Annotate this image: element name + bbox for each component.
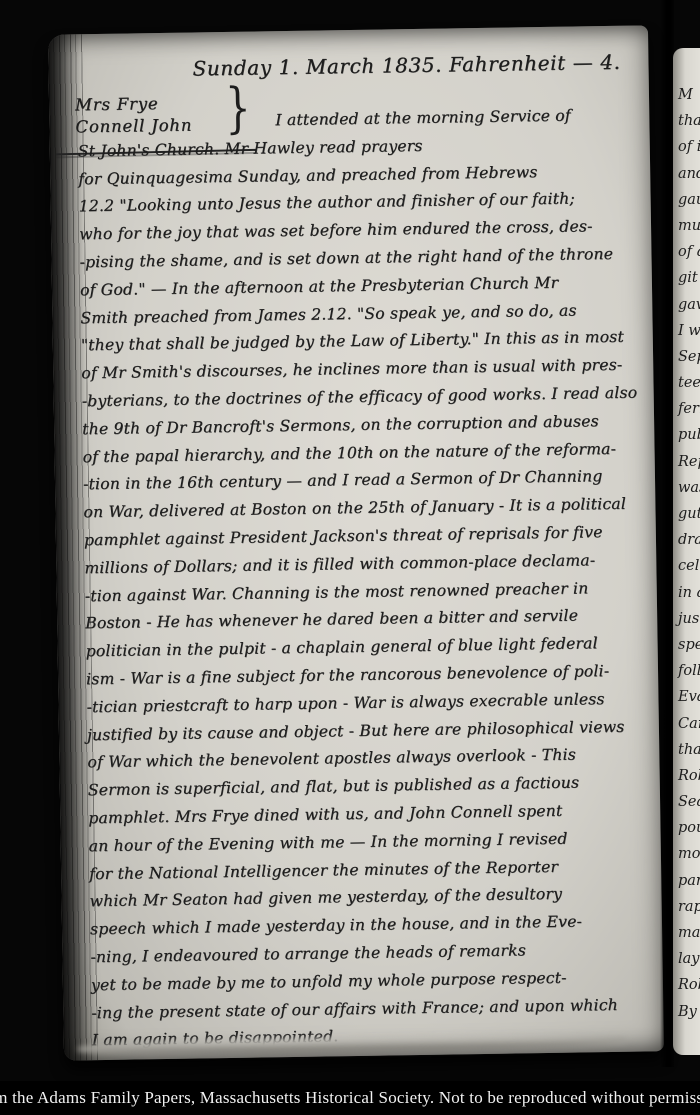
adjacent-page-fragment: Rep [678,449,700,475]
adjacent-page-fragment: ma [678,920,700,946]
adjacent-page-fragment: ferm [678,396,700,422]
scanned-diary-photo: Sunday 1. March 1835. Fahrenheit — 4. Mr… [0,0,700,1115]
adjacent-page-fragment: pou [678,815,700,841]
adjacent-page-fragment: lay o [678,946,700,972]
adjacent-page-fragment: tha [678,737,700,763]
adjacent-page-fragment: tee [678,370,700,396]
page-gap-shadow [660,0,674,1067]
adjacent-page-fragment: mus [678,213,700,239]
adjacent-page-fragment: By h [678,999,700,1025]
adjacent-page-fragment: and [678,161,700,187]
adjacent-page-fragment: Evan [678,684,700,710]
adjacent-page-fragment: I w [678,318,700,344]
footer-credit-text: From the Adams Family Papers, Massachuse… [0,1088,700,1108]
adjacent-page-fragment: cell [678,553,700,579]
adjacent-page-fragment: Rob [678,972,700,998]
adjacent-page-fragment: Sep [678,344,700,370]
adjacent-page-fragment: rap [678,894,700,920]
adjacent-page-fragment: dra [678,527,700,553]
adjacent-page-fragment: gavi [678,292,700,318]
adjacent-page-fragment: foll [678,658,700,684]
diary-page: Sunday 1. March 1835. Fahrenheit — 4. Mr… [48,25,664,1060]
adjacent-page-fragment: part [678,868,700,894]
adjacent-page-fragment: Sead [678,789,700,815]
adjacent-page-fragment: in a [678,580,700,606]
adjacent-page-fragment: M [678,82,700,108]
footer-credit-bar: From the Adams Family Papers, Massachuse… [0,1081,700,1115]
entry-date-heading: Sunday 1. March 1835. Fahrenheit — 4. [192,50,620,81]
adjacent-page-fragment: publ [678,422,700,448]
adjacent-page-fragment: gau [678,187,700,213]
adjacent-page-fragment: mou [678,841,700,867]
adjacent-page-fragment: gut [678,501,700,527]
adjacent-page-fragment: was [678,475,700,501]
adjacent-page-fragment: just [678,606,700,632]
adjacent-page-fragment: spee [678,632,700,658]
adjacent-page-fragment: of a [678,239,700,265]
adjacent-page-sliver: M tha of it and gau mus of a git gavi I … [673,48,700,1055]
adjacent-page-fragment: Cam [678,711,700,737]
adjacent-page-fragment: tha [678,108,700,134]
adjacent-page-fragment: git [678,265,700,291]
diary-entry-text: I attended at the morning Service of St … [77,101,658,1055]
adjacent-page-fragment: of it [678,134,700,160]
adjacent-page-fragment: Rob [678,763,700,789]
